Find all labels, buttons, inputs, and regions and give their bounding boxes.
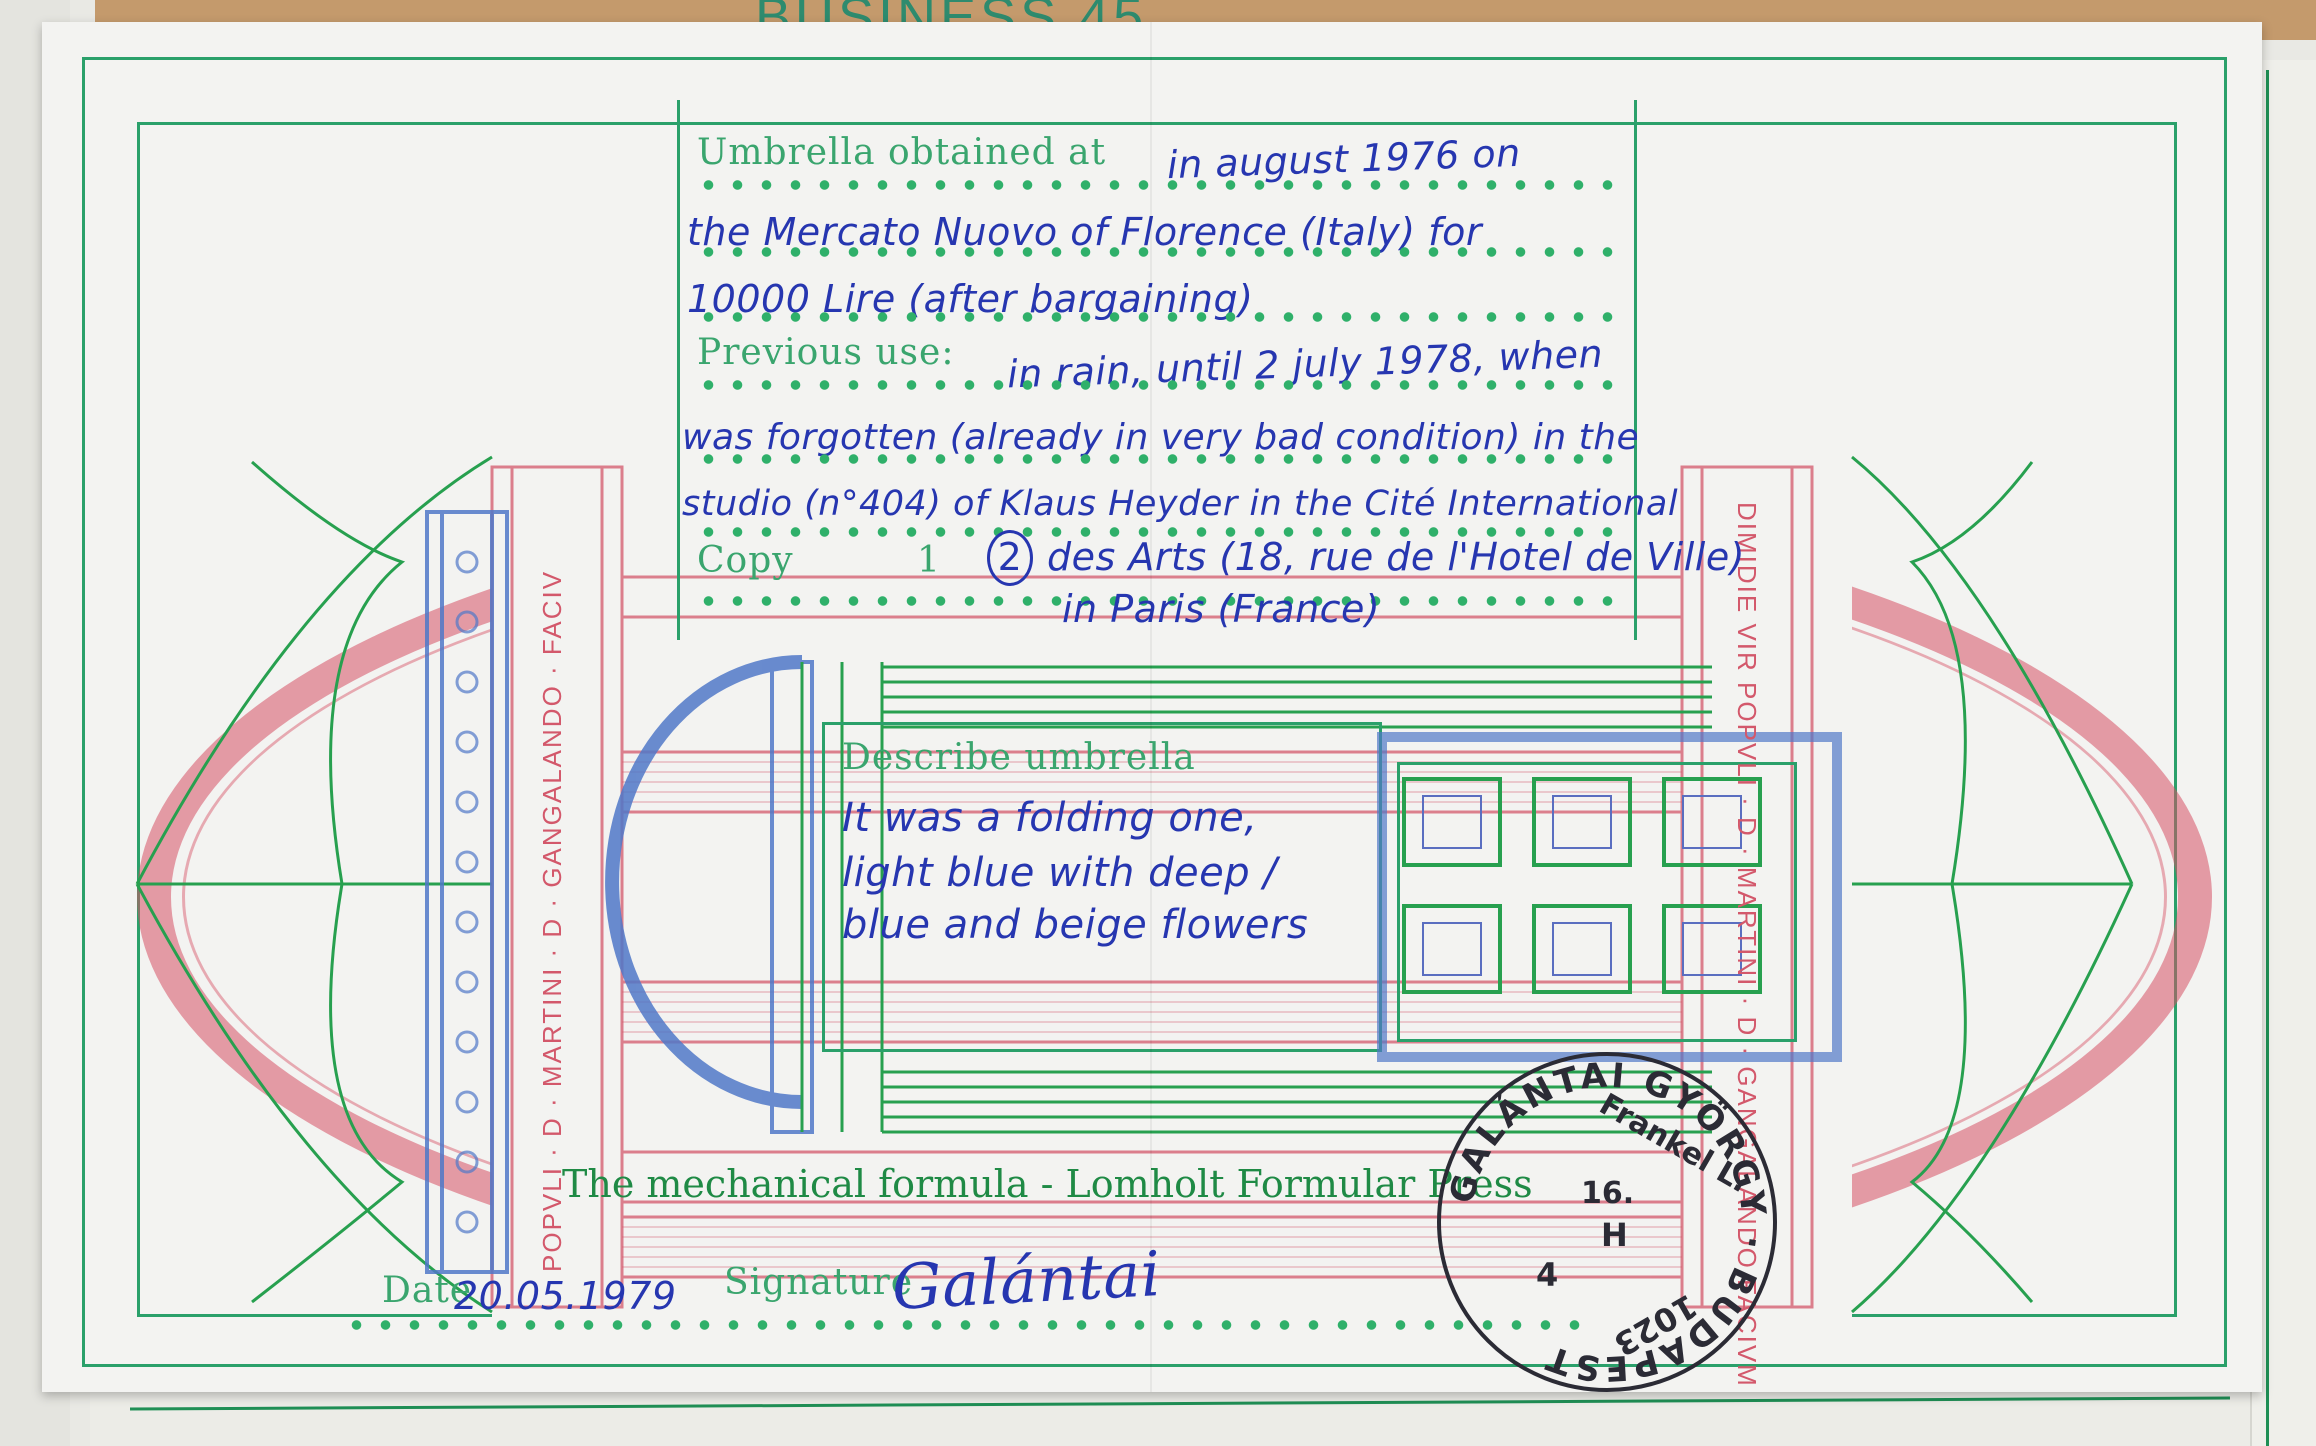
describe-line-2: light blue with deep / xyxy=(842,850,1277,896)
dotted-line xyxy=(694,380,1629,390)
footer-credit: The mechanical formula - Lomholt Formula… xyxy=(562,1162,1533,1206)
dotted-line xyxy=(694,312,1629,322)
copy-option-1[interactable]: 1 xyxy=(917,540,941,581)
stamp-line-5: 4 xyxy=(1536,1256,1558,1294)
coffer-panel xyxy=(1402,904,1502,994)
coffer-panel xyxy=(1402,777,1502,867)
date-value: 20.05.1979 xyxy=(454,1274,677,1318)
obtained-label: Umbrella obtained at xyxy=(697,132,1106,173)
describe-line-3: blue and beige flowers xyxy=(842,902,1308,948)
postmark-stamp: GALÁNTAI GYÖRGY · BUDAPEST Frankel L. 16… xyxy=(1437,1052,1777,1392)
previous-use-label: Previous use: xyxy=(697,332,954,373)
dotted-line xyxy=(694,180,1629,190)
describe-line-1: It was a folding one, xyxy=(842,795,1257,841)
previous-use-line-5: in Paris (France) xyxy=(1062,587,1380,631)
describe-label: Describe umbrella xyxy=(842,737,1196,778)
stamp-line-3: H xyxy=(1601,1216,1628,1254)
dotted-line xyxy=(694,247,1629,257)
signature-value: Galántai xyxy=(890,1237,1162,1324)
selection-circle: 2 xyxy=(987,530,1033,586)
coffer-panel xyxy=(1532,904,1632,994)
dotted-line xyxy=(342,1320,1597,1330)
coffer-panel xyxy=(1532,777,1632,867)
previous-use-line-2: was forgotten (already in very bad condi… xyxy=(682,417,1639,458)
previous-use-line-3: studio (n°404) of Klaus Heyder in the Ci… xyxy=(682,484,1678,524)
umbrella-form-sheet: POPVLI · D · MARTINI · D · GANGALANDO · … xyxy=(42,22,2262,1392)
signature-label: Signature xyxy=(724,1262,913,1303)
stamp-line-4: 16. xyxy=(1581,1176,1634,1211)
copy-label: Copy xyxy=(697,540,794,581)
previous-use-line-4: des Arts (18, rue de l'Hotel de Ville) xyxy=(1047,535,1745,579)
copy-option-2-selected[interactable]: 2des Arts (18, rue de l'Hotel de Ville) xyxy=(987,530,1745,586)
dotted-line xyxy=(694,454,1629,464)
